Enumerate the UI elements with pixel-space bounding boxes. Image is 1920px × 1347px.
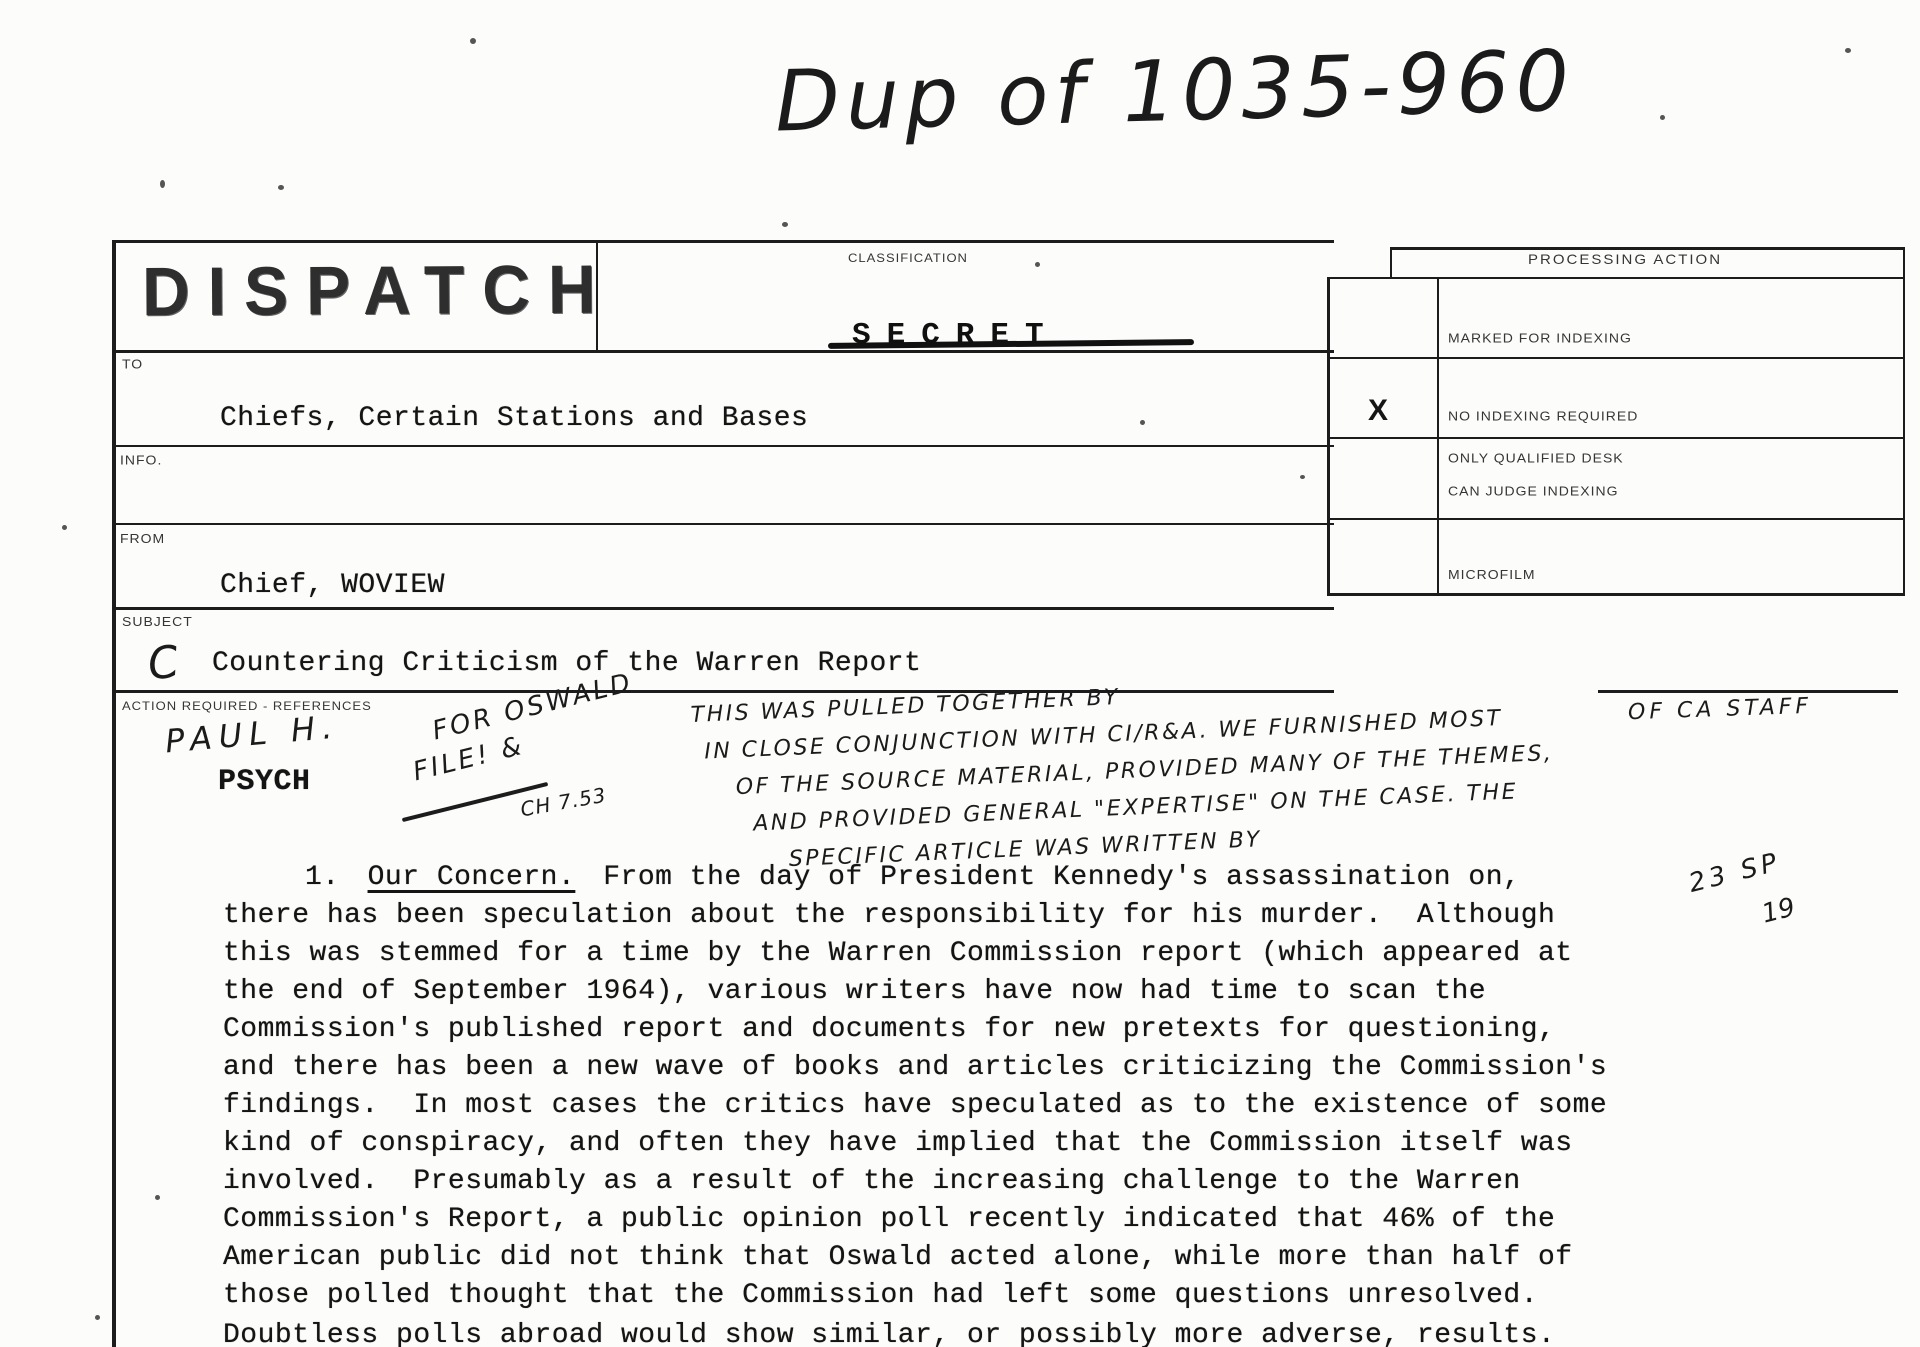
processing-header-left-border xyxy=(1390,247,1392,279)
scan-speck xyxy=(62,525,67,530)
oswald-file-note-line2: FILE! & xyxy=(410,731,527,788)
checkbox-col-divider xyxy=(1437,277,1439,595)
scan-speck xyxy=(1300,475,1305,479)
to-info-rule xyxy=(112,445,1334,447)
body-line-first-rest: From the day of President Kennedy's assa… xyxy=(603,862,1520,893)
scan-speck xyxy=(1660,115,1665,120)
processing-row-rule-3 xyxy=(1327,437,1905,439)
body-line: findings. In most cases the critics have… xyxy=(223,1090,1607,1121)
to-value: Chiefs, Certain Stations and Bases xyxy=(220,403,808,434)
scan-speck xyxy=(1845,48,1851,53)
from-label: FROM xyxy=(120,530,165,545)
body-line: Doubtless polls abroad would show simila… xyxy=(223,1320,1555,1347)
dispatch-stamp: DISPATCH xyxy=(142,249,614,331)
processing-row-rule-1 xyxy=(1327,277,1905,279)
oswald-file-note-line1: FOR OSWALD xyxy=(429,668,636,747)
pulled-together-note: THIS WAS PULLED TOGETHER BY IN CLOSE CON… xyxy=(690,661,1557,882)
scan-speck xyxy=(155,1195,160,1200)
scan-speck xyxy=(782,222,788,227)
scan-speck xyxy=(278,185,284,190)
from-value: Chief, WOVIEW xyxy=(220,570,445,601)
classification-label: CLASSIFICATION xyxy=(848,250,968,264)
body-line: Commission's published report and docume… xyxy=(223,1014,1555,1045)
info-label: INFO. xyxy=(120,452,162,467)
processing-bottom-rule xyxy=(1327,593,1905,596)
paul-h-annotation: PAUL H. xyxy=(164,707,341,760)
processing-row-label-1: MARKED FOR INDEXING xyxy=(1448,330,1632,345)
scan-speck xyxy=(160,180,165,188)
processing-row-rule-4 xyxy=(1327,518,1905,520)
body-line: Commission's Report, a public opinion po… xyxy=(223,1204,1555,1235)
ca-staff-note: OF CA STAFF xyxy=(1628,694,1813,725)
form-left-border xyxy=(112,240,116,1347)
margin-note-line1: 23 SP xyxy=(1686,847,1784,899)
subject-handwritten-scribble: C xyxy=(145,636,183,691)
processing-row-label-2: NO INDEXING REQUIRED xyxy=(1448,408,1638,423)
no-indexing-checkmark: X xyxy=(1368,394,1388,428)
scanned-dispatch-document: Dup of 1035-960 DISPATCH CLASSIFICATION … xyxy=(0,0,1920,1347)
processing-top-rule xyxy=(1390,247,1905,250)
body-line: and there has been a new wave of books a… xyxy=(223,1052,1607,1083)
margin-note-line2: 19 xyxy=(1759,892,1798,929)
subject-label: SUBJECT xyxy=(122,613,193,628)
checkbox-col-left-border xyxy=(1327,277,1330,595)
scan-speck xyxy=(95,1315,100,1320)
body-line: kind of conspiracy, and often they have … xyxy=(223,1128,1573,1159)
scan-speck xyxy=(470,38,476,44)
to-row-top-rule xyxy=(112,350,1334,353)
from-subject-rule xyxy=(112,607,1334,610)
form-right-border xyxy=(1903,247,1905,595)
body-line: this was stemmed for a time by the Warre… xyxy=(223,938,1573,969)
processing-row-label-3b: CAN JUDGE INDEXING xyxy=(1448,483,1618,498)
body-line: American public did not think that Oswal… xyxy=(223,1242,1573,1273)
processing-row-rule-2 xyxy=(1327,357,1905,359)
processing-row-label-3a: ONLY QUALIFIED DESK xyxy=(1448,450,1624,465)
scan-speck xyxy=(1035,262,1040,267)
body-heading-our-concern: Our Concern. xyxy=(368,862,576,893)
form-top-rule xyxy=(112,240,1334,243)
body-line: those polled thought that the Commission… xyxy=(223,1280,1538,1311)
psych-annotation: PSYCH xyxy=(218,765,311,799)
info-from-rule xyxy=(112,523,1334,525)
processing-row-label-4: MICROFILM xyxy=(1448,566,1536,581)
subject-value: Countering Criticism of the Warren Repor… xyxy=(212,648,921,679)
processing-action-label: PROCESSING ACTION xyxy=(1528,251,1722,267)
body-line-first: 1.Our Concern.From the day of President … xyxy=(305,862,1520,893)
scan-speck xyxy=(1140,420,1145,425)
body-line: the end of September 1964), various writ… xyxy=(223,976,1486,1007)
top-handwritten-note: Dup of 1035-960 xyxy=(774,32,1576,151)
to-label: TO xyxy=(122,356,143,371)
ca-staff-overline xyxy=(1598,690,1898,693)
body-line: there has been speculation about the res… xyxy=(223,900,1555,931)
body-line: involved. Presumably as a result of the … xyxy=(223,1166,1521,1197)
body-numbering: 1. xyxy=(305,862,340,893)
